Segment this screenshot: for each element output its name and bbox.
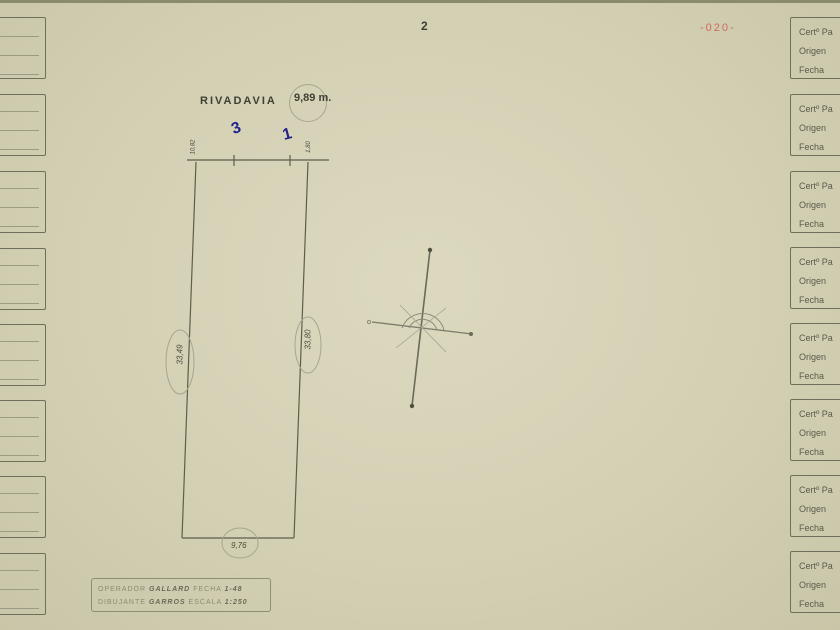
operator-stamp: OPERADOR GALLARD FECHA 1-48 DIBUJANTE GA… [91, 578, 271, 612]
back-width-dimension: 9,76 [231, 541, 247, 550]
tick-dimension-left: 10,82 [191, 139, 197, 154]
fecha-label: FECHA [193, 586, 221, 593]
dibujante-value: GARROS [149, 599, 186, 606]
operador-value: GALLARD [149, 586, 190, 593]
fecha-value: 1-48 [224, 586, 242, 593]
dibujante-label: DIBUJANTE [98, 599, 146, 606]
survey-sheet: Certº PaOrigenFecha Certº PaOrigenFecha … [0, 0, 840, 630]
right-side-dimension: 33,80 [304, 329, 313, 349]
plan-drawing [0, 0, 840, 630]
escala-value: 1:250 [225, 599, 248, 606]
escala-label: ESCALA [189, 599, 222, 606]
compass-rose [367, 248, 473, 408]
left-side-dimension: 33,49 [176, 344, 185, 364]
operador-label: OPERADOR [98, 586, 146, 593]
tick-dimension-right: 1,80 [306, 141, 312, 153]
